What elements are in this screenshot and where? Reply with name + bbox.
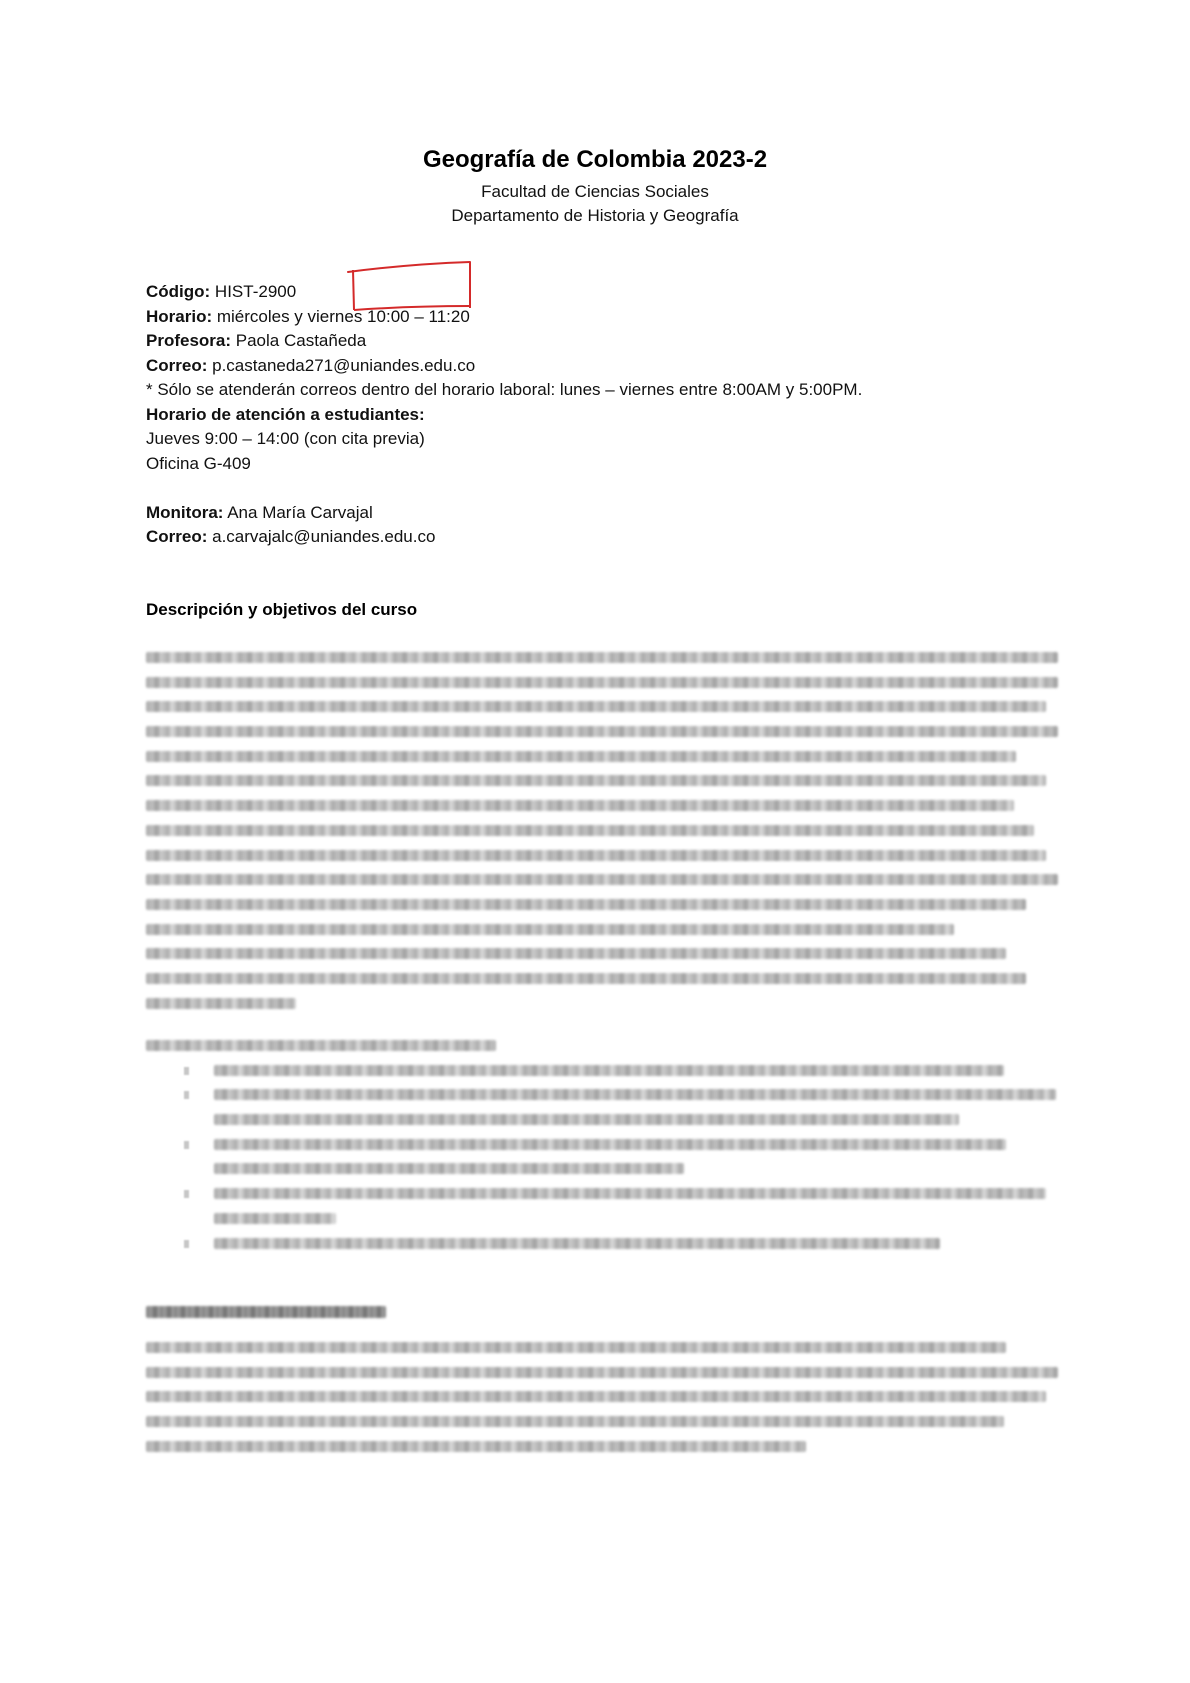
redacted-line [146, 1139, 1056, 1150]
redacted-line [146, 1089, 1056, 1100]
redacted-line [146, 1306, 1058, 1318]
redacted-line [146, 924, 1058, 935]
redacted-line [146, 1367, 1058, 1378]
redacted-line [146, 973, 1058, 984]
bullet-icon [184, 1190, 189, 1198]
professor-row: Profesora: Paola Castañeda [146, 329, 862, 354]
redacted-line [146, 751, 1058, 762]
professor-value: Paola Castañeda [231, 331, 366, 350]
redacted-line [146, 1114, 1056, 1125]
redacted-line [146, 800, 1058, 811]
redacted-line [146, 677, 1058, 688]
redacted-line [146, 1213, 1056, 1224]
redacted-line [146, 998, 1058, 1009]
course-code-label: Código: [146, 282, 210, 301]
department-name: Departamento de Historia y Geografía [0, 206, 1190, 226]
redacted-line [146, 1163, 1056, 1174]
faculty-name: Facultad de Ciencias Sociales [0, 182, 1190, 202]
professor-email-row: Correo: p.castaneda271@uniandes.edu.co [146, 354, 862, 379]
redacted-line [146, 1188, 1056, 1199]
bullet-icon [184, 1091, 189, 1099]
redacted-line [146, 1441, 1058, 1452]
document-title: Geografía de Colombia 2023-2 [0, 146, 1190, 174]
redacted-line [146, 775, 1058, 786]
redacted-line [146, 1040, 1056, 1051]
redacted-line [146, 899, 1058, 910]
monitor-value: Ana María Carvajal [223, 503, 372, 522]
schedule-value: miércoles y viernes 10:00 – 11:20 [212, 307, 470, 326]
redacted-line [146, 726, 1058, 737]
redacted-line [146, 948, 1058, 959]
bullet-icon [184, 1067, 189, 1075]
redacted-methodology-section [146, 1306, 1058, 1465]
redacted-line [146, 874, 1058, 885]
schedule-row: Horario: miércoles y viernes 10:00 – 11:… [146, 305, 862, 330]
monitor-email-value[interactable]: a.carvajalc@uniandes.edu.co [207, 527, 435, 546]
redacted-line [146, 850, 1058, 861]
email-note: * Sólo se atenderán correos dentro del h… [146, 378, 862, 403]
office-hours-row: Horario de atención a estudiantes: [146, 403, 862, 428]
course-code-value: HIST-2900 [210, 282, 296, 301]
schedule-label: Horario: [146, 307, 212, 326]
redacted-line [146, 825, 1058, 836]
redacted-line [146, 1342, 1058, 1353]
office-hours-label: Horario de atención a estudiantes: [146, 405, 425, 424]
bullet-icon [184, 1240, 189, 1248]
course-code-row: Código: HIST-2900 [146, 280, 862, 305]
professor-email-value[interactable]: p.castaneda271@uniandes.edu.co [207, 356, 475, 375]
monitor-email-row: Correo: a.carvajalc@uniandes.edu.co [146, 525, 862, 550]
redacted-description-paragraph [146, 652, 1058, 1022]
description-section-title: Descripción y objetivos del curso [146, 600, 417, 620]
redacted-objectives-list [146, 1040, 1056, 1262]
bullet-icon [184, 1141, 189, 1149]
document-page: Geografía de Colombia 2023-2 Facultad de… [0, 0, 1190, 1683]
professor-label: Profesora: [146, 331, 231, 350]
monitor-row: Monitora: Ana María Carvajal [146, 501, 862, 526]
office-hours-value: Jueves 9:00 – 14:00 (con cita previa) [146, 427, 862, 452]
office-location: Oficina G-409 [146, 452, 862, 477]
redacted-line [146, 1065, 1056, 1076]
course-info: Código: HIST-2900 Horario: miércoles y v… [146, 280, 862, 550]
redacted-line [146, 1238, 1056, 1249]
professor-email-label: Correo: [146, 356, 207, 375]
redacted-line [146, 1391, 1058, 1402]
monitor-label: Monitora: [146, 503, 223, 522]
redacted-line [146, 652, 1058, 663]
redacted-line [146, 1416, 1058, 1427]
redacted-line [146, 701, 1058, 712]
monitor-email-label: Correo: [146, 527, 207, 546]
